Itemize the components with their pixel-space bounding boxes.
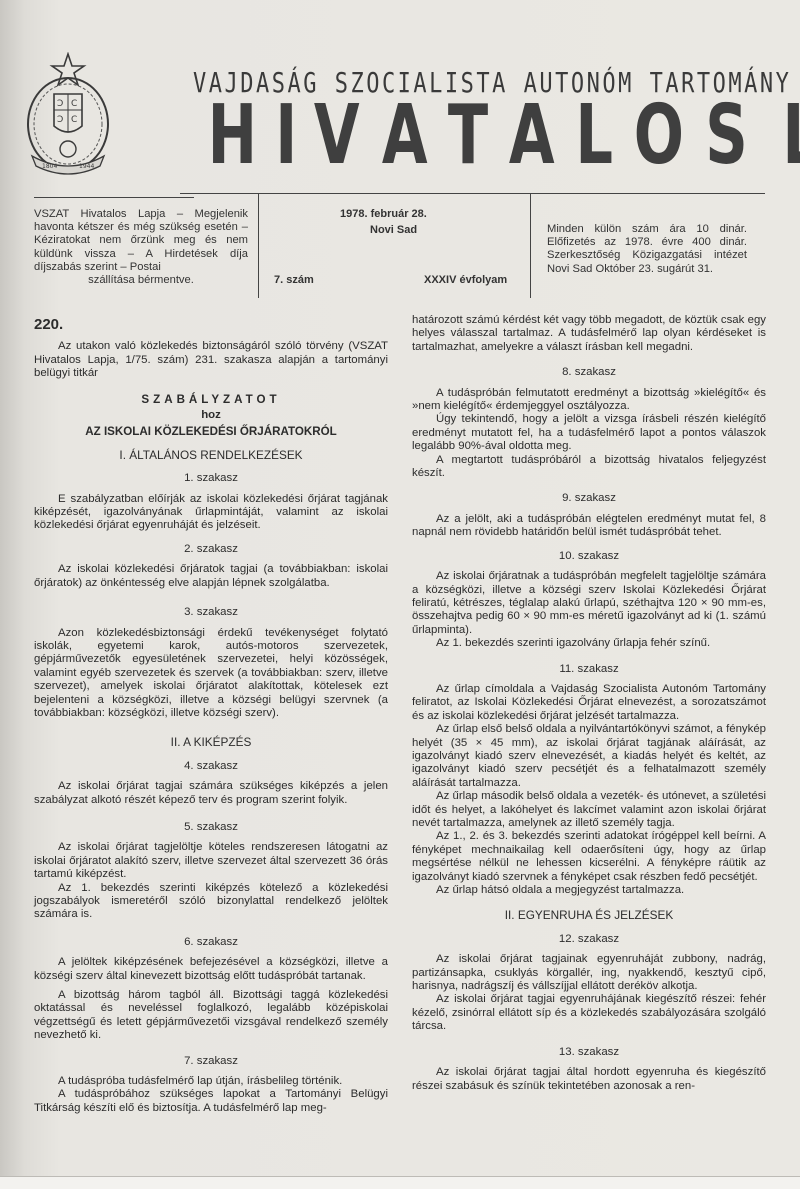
section-paragraph: Az űrlap első belső oldala a nyilvántart… — [412, 723, 766, 790]
left-column: 220. Az utakon való közlekedés biztonság… — [34, 318, 388, 1115]
decree-word: SZABÁLYZATOT — [34, 393, 388, 406]
section-paragraph: Azon közlekedésbiztonsági érdekű tevéken… — [34, 627, 388, 721]
section-paragraph: Az űrlap második belső oldala a vezeték-… — [412, 790, 766, 830]
section-heading: 10. szakasz — [412, 550, 766, 563]
decree-verb: hoz — [34, 409, 388, 422]
section-heading: 7. szakasz — [34, 1055, 388, 1068]
section-paragraph: Az 1. bekezdés szerinti igazolvány űrlap… — [412, 637, 766, 650]
publication-notice-last: szállítása bérmentve. — [34, 274, 248, 287]
section-paragraph: Az űrlap címoldala a Vajdaság Szocialist… — [412, 683, 766, 723]
chapter-heading: I. ÁLTALÁNOS RENDELKEZÉSEK — [34, 449, 388, 462]
regulation-title: AZ ISKOLAI KÖZLEKEDÉSI ŐRJÁRATOKRÓL — [34, 425, 388, 438]
section-heading: 3. szakasz — [34, 606, 388, 619]
publication-notice-text: VSZAT Hivatalos Lapja – Megjelenik havon… — [34, 208, 248, 273]
svg-text:C: C — [71, 99, 77, 109]
section-paragraph: Az 1. bekezdés szerinti kiképzés kötelez… — [34, 882, 388, 922]
right-column: határozott számú kérdést két vagy több m… — [412, 314, 766, 1093]
issue-number: 7. szám — [274, 274, 314, 286]
section-heading: 4. szakasz — [34, 760, 388, 773]
section-heading: 2. szakasz — [34, 543, 388, 556]
section-paragraph: Az iskolai őrjárat tagjainak egyenruhájá… — [412, 953, 766, 993]
issue-volume: XXXIV évfolyam — [424, 274, 507, 286]
issue-city: Novi Sad — [370, 224, 417, 236]
emblem-year-right: 1944 — [79, 163, 94, 170]
section-heading: 11. szakasz — [412, 663, 766, 676]
section-paragraph: Úgy tekintendő, hogy a jelölt a vizsga í… — [412, 413, 766, 453]
section-heading: 1. szakasz — [34, 472, 388, 485]
subscription-info: Minden külön szám ára 10 dinár. Előfizet… — [547, 223, 747, 276]
section-heading: 6. szakasz — [34, 936, 388, 949]
title-letter: A — [509, 100, 555, 172]
page-bottom-edge — [0, 1176, 800, 1189]
section-heading: 12. szakasz — [412, 933, 766, 946]
section-paragraph: Az űrlap hátsó oldala a megjegyzést tart… — [412, 884, 766, 897]
section-heading: 8. szakasz — [412, 366, 766, 379]
emblem-year-left: 1804 — [42, 163, 57, 170]
info-divider-right — [530, 194, 531, 298]
title-letter: I — [275, 100, 297, 172]
section-heading: 13. szakasz — [412, 1046, 766, 1059]
section-paragraph: Az iskolai őrjáratnak a tudáspróbán megf… — [412, 570, 766, 637]
section-paragraph: A tudáspróbához szükséges lapokat a Tart… — [34, 1088, 388, 1115]
section-paragraph: E szabályzatban előírják az iskolai közl… — [34, 493, 388, 533]
chapter-heading: II. A KIKÉPZÉS — [34, 736, 388, 749]
section-paragraph: A megtartott tudáspróbáról a bizottság h… — [412, 454, 766, 481]
section-heading: 5. szakasz — [34, 821, 388, 834]
section-heading: 9. szakasz — [412, 492, 766, 505]
newspaper-page: Ↄ C Ↄ C 1804 1944 VAJDASÁG SZOCIALISTA A… — [0, 0, 800, 1189]
title-word-gap — [759, 100, 773, 172]
section-paragraph: A jelöltek kiképzésének befejezésével a … — [34, 956, 388, 983]
section-paragraph: A tudáspróbán felmutatott eredményt a bi… — [412, 387, 766, 414]
section-paragraph: A bizottság három tagból áll. Bizottsági… — [34, 989, 388, 1043]
title-letter: V — [314, 100, 360, 172]
header-rule — [180, 193, 765, 194]
section-paragraph: Az iskolai őrjárat tagjai által hordott … — [412, 1066, 766, 1093]
chapter-heading: II. EGYENRUHA ÉS JELZÉSEK — [412, 909, 766, 922]
header-rule-left — [34, 197, 194, 198]
title-letter: L — [782, 100, 800, 172]
preamble: Az utakon való közlekedés biztonságáról … — [34, 340, 388, 380]
masthead-title: H I V A T A L O S L A P J A — [196, 100, 771, 172]
coat-of-arms-emblem-icon: Ↄ C Ↄ C 1804 1944 — [22, 52, 114, 182]
title-letter: T — [448, 100, 488, 172]
publication-notice: VSZAT Hivatalos Lapja – Megjelenik havon… — [34, 208, 248, 287]
section-paragraph: Az a jelölt, aki a tudáspróbán elégtelen… — [412, 513, 766, 540]
title-letter: L — [575, 100, 613, 172]
title-letter: S — [706, 100, 749, 172]
section-paragraph: Az iskolai közlekedési őrjáratok tagjai … — [34, 563, 388, 590]
section-paragraph: Az iskolai őrjárat tagjelöltje köteles r… — [34, 841, 388, 881]
section-paragraph: Az iskolai őrjárat tagjai egyenruhájának… — [412, 993, 766, 1033]
section-paragraph: A tudáspróba tudásfelmérő lap útján, írá… — [34, 1075, 388, 1088]
document-number: 220. — [34, 318, 388, 331]
section-paragraph: Az iskolai őrjárat tagjai számára szüksé… — [34, 780, 388, 807]
issue-date: 1978. február 28. — [340, 208, 427, 220]
title-letter: A — [382, 100, 428, 172]
info-divider-left — [258, 194, 259, 298]
section-paragraph: Az 1., 2. és 3. bekezdés szerinti adatok… — [412, 830, 766, 884]
svg-text:C: C — [71, 115, 77, 125]
title-letter: H — [208, 100, 257, 172]
svg-text:Ↄ: Ↄ — [57, 115, 63, 125]
title-letter: O — [634, 100, 684, 172]
svg-text:Ↄ: Ↄ — [57, 99, 63, 109]
section-paragraph-continuation: határozott számú kérdést két vagy több m… — [412, 314, 766, 354]
